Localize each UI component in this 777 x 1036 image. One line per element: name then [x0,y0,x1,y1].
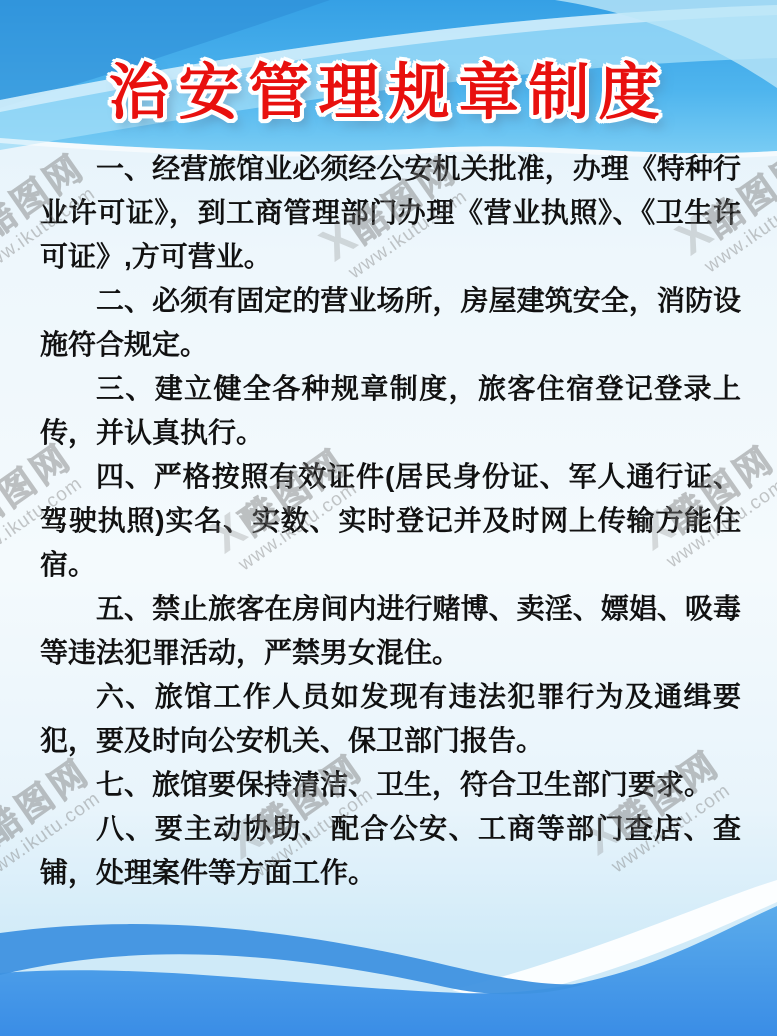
rule-4: 四、严格按照有效证件(居民身份证、军人通行证、驾驶执照)实名、实数、实时登记并及… [40,455,741,587]
rule-8: 八、要主动协助、配合公安、工商等部门查店、查铺，处理案件等方面工作。 [40,807,741,895]
rule-1: 一、经营旅馆业必须经公安机关批准，办理《特种行业许可证》，到工商管理部门办理《营… [40,147,741,279]
rule-7: 七、旅馆要保持清洁、卫生，符合卫生部门要求。 [40,763,741,807]
rule-2: 二、必须有固定的营业场所，房屋建筑安全，消防设施符合规定。 [40,279,741,367]
poster-title: 治安管理规章制度 [0,44,777,131]
rule-6: 六、旅馆工作人员如发现有违法犯罪行为及通缉要犯，要及时向公安机关、保卫部门报告。 [40,675,741,763]
rule-5: 五、禁止旅客在房间内进行赌博、卖淫、嫖娼、吸毒等违法犯罪活动，严禁男女混住。 [40,587,741,675]
bottom-wave-banner [0,876,777,1036]
security-rules-poster: 治安管理规章制度 一、经营旅馆业必须经公安机关批准，办理《特种行业许可证》，到工… [0,0,777,1036]
rules-list: 一、经营旅馆业必须经公安机关批准，办理《特种行业许可证》，到工商管理部门办理《营… [40,147,741,895]
rule-3: 三、建立健全各种规章制度，旅客住宿登记登录上传，并认真执行。 [40,367,741,455]
